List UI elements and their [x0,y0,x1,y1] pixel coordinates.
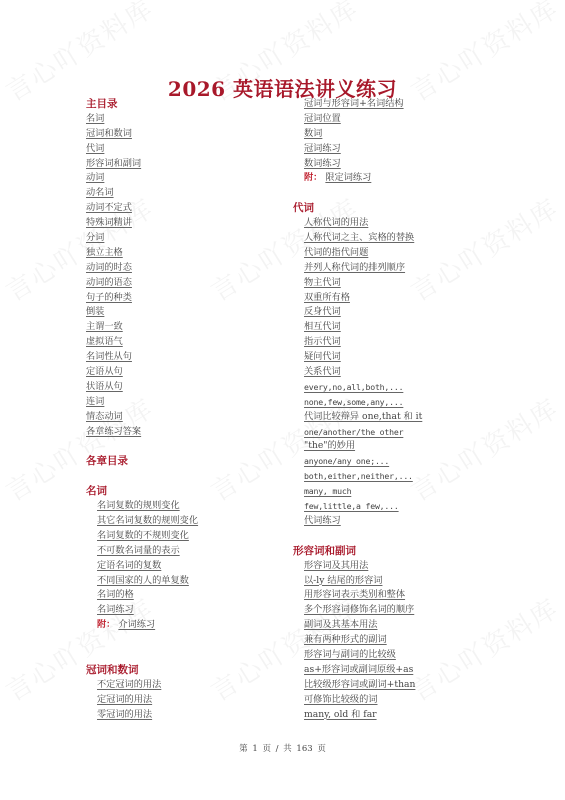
toc-link-article-item[interactable]: 零冠词的用法 [97,709,152,720]
toc-link-adjective-item[interactable]: as+形容词或副词原级+as [304,664,413,675]
toc-link-special-words[interactable]: 特殊词精讲 [86,217,132,228]
toc-link-pronoun-item[interactable]: 代词的指代问题 [304,247,368,258]
toc-link-adjective-item[interactable]: 以-ly 结尾的形容词 [304,575,382,586]
toc-link-pronoun-item[interactable]: 指示代词 [304,336,341,347]
toc-link-pronoun-item[interactable]: 并列人称代词的排列顺序 [304,262,405,273]
toc-link-noun-item[interactable]: 不同国家的人的单复数 [97,575,189,586]
toc-link-noun-item[interactable]: 名词的格 [97,589,134,600]
toc-link-adjective-item[interactable]: 多个形容词修饰名词的顺序 [304,604,414,615]
spacer [293,529,493,544]
toc-link-inversion[interactable]: 倒装 [86,306,104,317]
toc-link-answers[interactable]: 各章练习答案 [86,426,141,437]
toc-right-column: 冠词与形容词+名词结构 冠词位置 数词 冠词练习 数词练习 附：限定词练习 代词… [293,97,493,722]
toc-link-pronoun-item[interactable]: 反身代词 [304,306,341,317]
toc-link-adverbial-clauses[interactable]: 状语从句 [86,381,123,392]
toc-link-noun-item[interactable]: 名词练习 [97,604,134,615]
toc-link-noun-clauses[interactable]: 名词性从句 [86,351,132,362]
appendix-label: 附： [97,619,115,630]
toc-link-pronoun-item[interactable]: 关系代词 [304,366,341,377]
toc-link-attributive-clauses[interactable]: 定语从句 [86,366,123,377]
toc-link-article-item[interactable]: 冠词练习 [304,143,341,154]
toc-link-verb-tenses[interactable]: 动词的时态 [86,262,132,273]
toc-link-noun-item[interactable]: 名词复数的不规则变化 [97,530,189,541]
toc-link-article-item[interactable]: 定冠词的用法 [97,694,152,705]
toc-link-noun-item[interactable]: 名词复数的规则变化 [97,500,180,511]
toc-link-nouns[interactable]: 名词 [86,113,104,124]
toc-link-preposition-exercise[interactable]: 介词练习 [118,619,155,630]
toc-link-article-item[interactable]: 冠词与形容词+名词结构 [304,98,404,109]
spacer [293,186,493,201]
toc-link-article-item[interactable]: 不定冠词的用法 [97,679,161,690]
section-heading-pronouns[interactable]: 代词 [293,201,493,216]
main-toc-heading: 主目录 [86,97,276,112]
toc-link-pronoun-item[interactable]: 人称代词的用法 [304,217,368,228]
toc-link-pronoun-item[interactable]: anyone/any one;... [304,456,389,466]
toc-link-verb-voice[interactable]: 动词的语态 [86,277,132,288]
toc-link-pronoun-item[interactable]: many, much [304,486,351,496]
page-footer: 第 1 页 / 共 163 页 [0,742,565,754]
toc-link-gerunds[interactable]: 动名词 [86,187,114,198]
section-heading-nouns[interactable]: 名词 [86,484,276,499]
toc-link-adjective-item[interactable]: many, old 和 far [304,709,377,720]
toc-link-adjective-item[interactable]: 用形容词表示类别和整体 [304,589,405,600]
spacer [86,633,276,648]
toc-link-adjective-item[interactable]: 副词及其基本用法 [304,619,378,630]
toc-link-infinitives[interactable]: 动词不定式 [86,202,132,213]
toc-link-verbs[interactable]: 动词 [86,172,104,183]
toc-link-pronoun-item[interactable]: 疑问代词 [304,351,341,362]
toc-link-determiner-exercise[interactable]: 限定词练习 [325,172,371,183]
toc-link-pronoun-item[interactable]: 人称代词之主、宾格的替换 [304,232,414,243]
toc-link-pronoun-item[interactable]: 相互代词 [304,321,341,332]
toc-link-sentence-types[interactable]: 句子的种类 [86,292,132,303]
spacer [86,469,276,484]
toc-link-subject-verb-agreement[interactable]: 主谓一致 [86,321,123,332]
spacer [86,648,276,663]
toc-link-pronoun-item[interactable]: 物主代词 [304,277,341,288]
section-heading-adjectives-adverbs[interactable]: 形容词和副词 [293,544,493,559]
toc-link-pronoun-item[interactable]: one/another/the other [304,427,403,437]
toc-link-pronoun-item[interactable]: 双重所有格 [304,292,350,303]
toc-link-modal-verbs[interactable]: 情态动词 [86,411,123,422]
toc-link-adjective-item[interactable]: 形容词与副词的比较级 [304,649,396,660]
toc-link-pronoun-item[interactable]: few,little,a few,... [304,501,399,511]
toc-link-pronoun-item[interactable]: 代词比较辩异 one,that 和 it [304,411,422,422]
toc-link-adjective-item[interactable]: 兼有两种形式的副词 [304,634,387,645]
toc-link-adjectives-adverbs[interactable]: 形容词和副词 [86,158,141,169]
toc-link-pronoun-item[interactable]: 代词练习 [304,515,341,526]
toc-link-article-item[interactable]: 冠词位置 [304,113,341,124]
toc-link-participles[interactable]: 分词 [86,232,104,243]
toc-link-adjective-item[interactable]: 形容词及其用法 [304,560,368,571]
toc-link-pronouns[interactable]: 代词 [86,143,104,154]
toc-link-article-item[interactable]: 数词 [304,128,322,139]
toc-link-pronoun-item[interactable]: "the"的妙用 [304,440,355,451]
toc-link-pronoun-item[interactable]: none,few,some,any,... [304,397,403,407]
toc-link-article-item[interactable]: 数词练习 [304,158,341,169]
appendix-label: 附： [304,172,322,183]
section-heading-articles-numerals[interactable]: 冠词和数词 [86,663,276,678]
toc-link-conjunctions[interactable]: 连词 [86,396,104,407]
toc-link-adjective-item[interactable]: 比较级形容词或副词+than [304,679,415,690]
toc-link-pronoun-item[interactable]: both,either,neither,... [304,471,413,481]
toc-link-noun-item[interactable]: 其它名词复数的规则变化 [97,515,198,526]
toc-left-column: 主目录 名词 冠词和数词 代词 形容词和副词 动词 动名词 动词不定式 特殊词精… [86,97,276,722]
toc-link-absolute-construction[interactable]: 独立主格 [86,247,123,258]
toc-link-adjective-item[interactable]: 可修饰比较级的词 [304,694,378,705]
toc-link-pronoun-item[interactable]: every,no,all,both,... [304,382,403,392]
chapter-toc-heading: 各章目录 [86,454,276,469]
toc-link-subjunctive[interactable]: 虚拟语气 [86,336,123,347]
spacer [86,439,276,454]
toc-link-articles-numerals[interactable]: 冠词和数词 [86,128,132,139]
toc-link-noun-item[interactable]: 不可数名词量的表示 [97,545,180,556]
toc-link-noun-item[interactable]: 定语名词的复数 [97,560,161,571]
